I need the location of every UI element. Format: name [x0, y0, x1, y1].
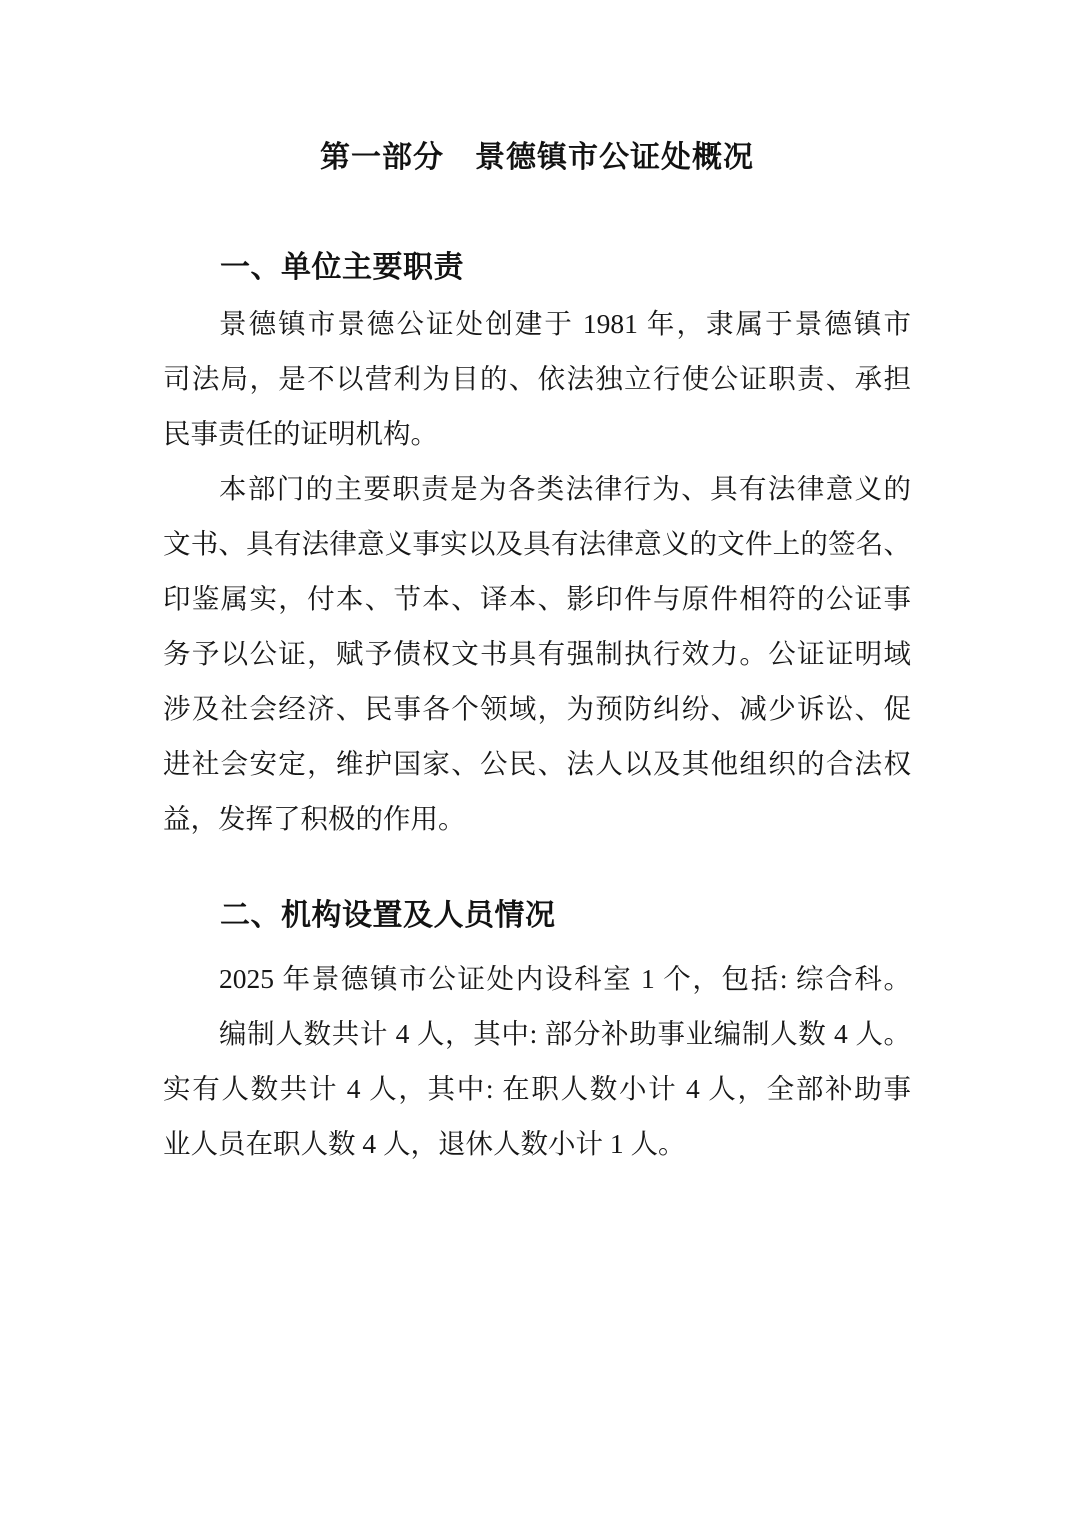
section-1-paragraph-2: 本部门的主要职责是为各类法律行为、具有法律意义的 文书、具有法律意义事实以及具有… — [163, 461, 911, 846]
text-line: 涉及社会经济、民事各个领域，为预防纠纷、减少诉讼、促 — [163, 681, 911, 736]
text-line: 司法局，是不以营利为目的、依法独立行使公证职责、承担 — [163, 351, 911, 406]
text-line: 进社会安定，维护国家、公民、法人以及其他组织的合法权 — [163, 736, 911, 791]
text-line: 务予以公证，赋予债权文书具有强制执行效力。公证证明域 — [163, 626, 911, 681]
text-line: 本部门的主要职责是为各类法律行为、具有法律意义的 — [163, 461, 911, 516]
text-line: 景德镇市景德公证处创建于 1981 年，隶属于景德镇市 — [163, 296, 911, 351]
section-2-paragraph-1: 2025 年景德镇市公证处内设科室 1 个，包括: 综合科。 — [163, 951, 911, 1006]
section-1-heading: 一、单位主要职责 — [220, 250, 464, 286]
document-title: 第一部分 景德镇市公证处概况 — [0, 138, 1074, 178]
document-page: 第一部分 景德镇市公证处概况 一、单位主要职责 景德镇市景德公证处创建于 198… — [0, 0, 1074, 1520]
section-2-heading: 二、机构设置及人员情况 — [220, 898, 556, 934]
text-line: 编制人数共计 4 人，其中: 部分补助事业编制人数 4 人。 — [163, 1006, 911, 1061]
text-line: 实有人数共计 4 人，其中: 在职人数小计 4 人，全部补助事 — [163, 1061, 911, 1116]
text-line: 印鉴属实，付本、节本、译本、影印件与原件相符的公证事 — [163, 571, 911, 626]
text-line: 文书、具有法律意义事实以及具有法律意义的文件上的签名、 — [163, 516, 911, 571]
text-line: 益，发挥了积极的作用。 — [163, 791, 911, 846]
text-line: 业人员在职人数 4 人，退休人数小计 1 人。 — [163, 1116, 911, 1171]
text-line: 2025 年景德镇市公证处内设科室 1 个，包括: 综合科。 — [163, 951, 911, 1006]
section-1-paragraph-1: 景德镇市景德公证处创建于 1981 年，隶属于景德镇市 司法局，是不以营利为目的… — [163, 296, 911, 461]
text-line: 民事责任的证明机构。 — [163, 406, 911, 461]
section-2-paragraph-2: 编制人数共计 4 人，其中: 部分补助事业编制人数 4 人。 实有人数共计 4 … — [163, 1006, 911, 1171]
